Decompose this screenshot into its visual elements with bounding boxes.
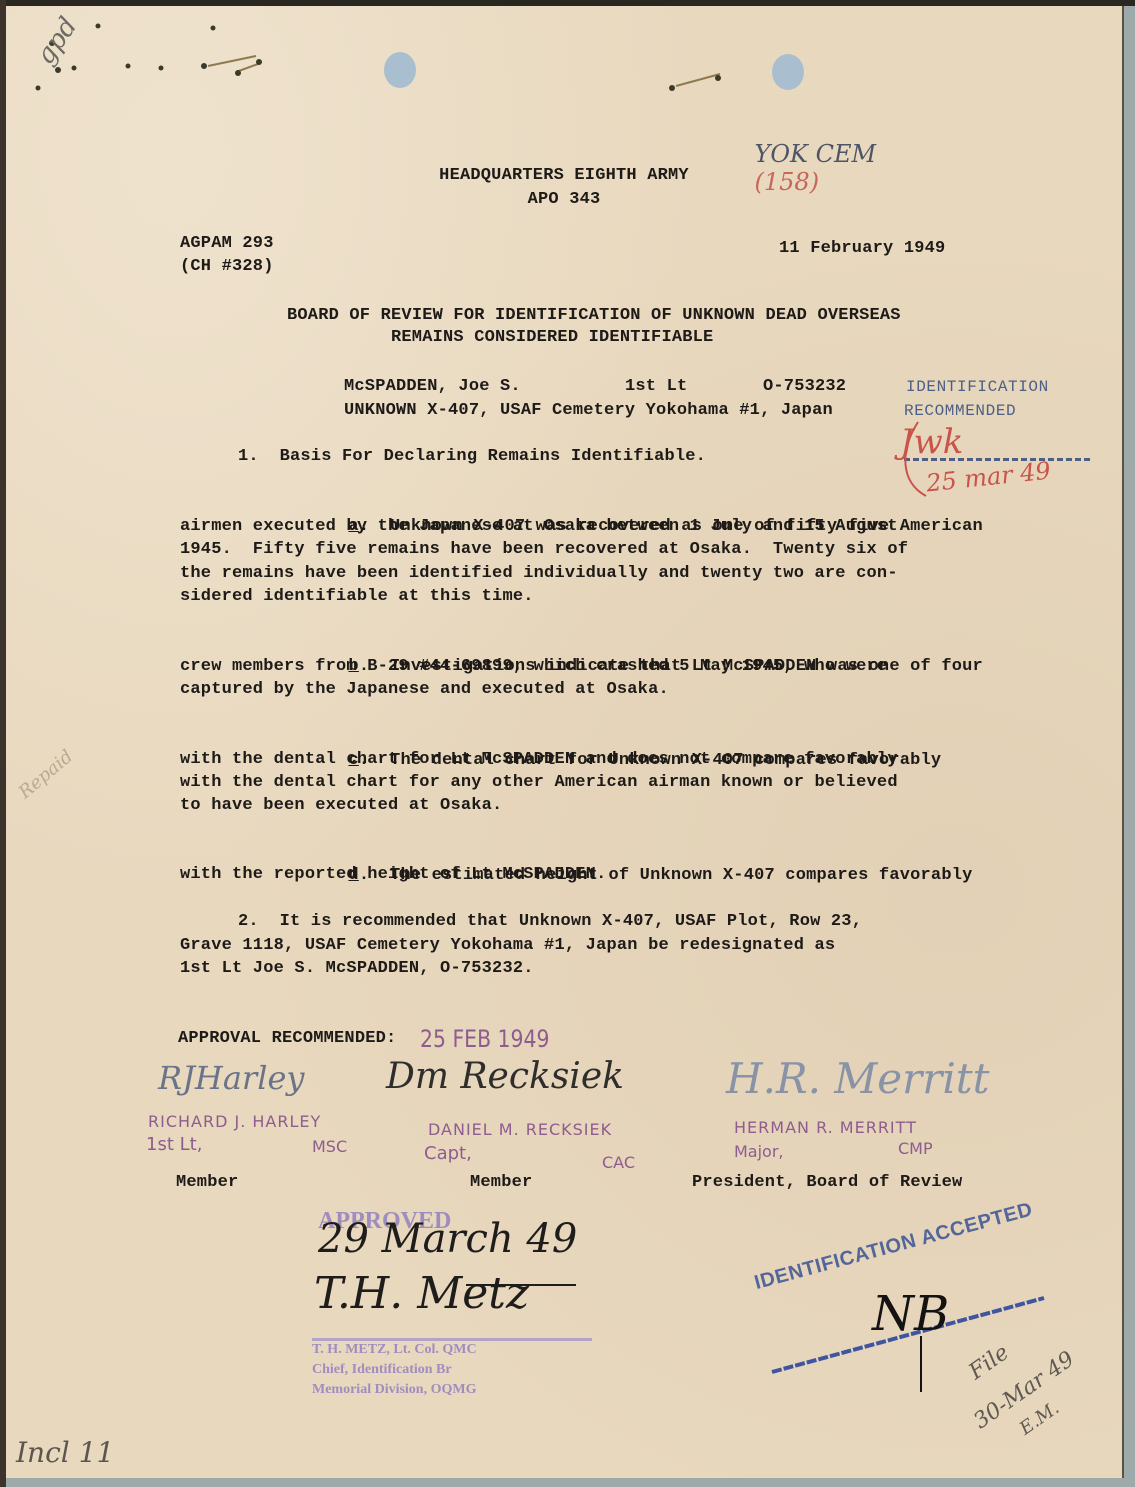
subject-unknown: UNKNOWN X-407, USAF Cemetery Yokohama #1… [344, 399, 833, 423]
section-1-heading: 1. Basis For Declaring Remains Identifia… [238, 445, 706, 469]
signatory-branch: CMP [898, 1139, 933, 1158]
signatory-name: DANIEL M. RECKSIEK [428, 1120, 612, 1139]
signatory-role: Member [470, 1171, 532, 1195]
title-line-1: BOARD OF REVIEW FOR IDENTIFICATION OF UN… [287, 304, 901, 328]
title-line-2: REMAINS CONSIDERED IDENTIFIABLE [391, 326, 713, 350]
signatory-rank: Major, [734, 1142, 784, 1161]
signatory-name: RICHARD J. HARLEY [148, 1112, 321, 1131]
signatory-role: Member [176, 1171, 238, 1195]
approved-signature-metz: T.H. Metz [314, 1268, 529, 1319]
signatory-name: HERMAN R. MERRITT [734, 1118, 917, 1137]
approved-official-line-3: Memorial Division, OQMG [312, 1382, 476, 1398]
approved-official-line-2: Chief, Identification Br [312, 1362, 452, 1378]
subject-serial: O-753232 [763, 375, 846, 399]
header-apo: APO 343 [6, 188, 1122, 212]
signatory-role: President, Board of Review [692, 1171, 962, 1195]
margin-note-left: Repaid [15, 746, 77, 803]
signature-stroke [466, 1284, 576, 1286]
approved-official-line-1: T. H. METZ, Lt. Col. QMC [312, 1342, 477, 1358]
signature-merritt: H.R. Merritt [726, 1054, 990, 1103]
initials-stroke [916, 1336, 926, 1396]
approval-recommended-label: APPROVAL RECOMMENDED: [178, 1027, 396, 1051]
stamp-identification: IDENTIFICATION [906, 378, 1049, 396]
subject-rank: 1st Lt [625, 375, 687, 399]
approved-handwritten-date: 29 March 49 [318, 1216, 577, 1262]
stamp-recommended: RECOMMENDED [904, 402, 1016, 420]
signatory-branch: CAC [602, 1153, 635, 1172]
approval-date-stamp: 25 FEB 1949 [420, 1025, 549, 1053]
approved-stamp-line [312, 1338, 592, 1341]
staple-marks [6, 6, 1122, 146]
signature-recksiek: Dm Recksiek [386, 1056, 624, 1097]
header-org: HEADQUARTERS EIGHTH ARMY [6, 164, 1122, 188]
margin-note-bottom-left: Incl 11 [16, 1436, 114, 1469]
document-page: gpd YOK CEM (158) Repaid Incl 11 HEADQUA… [6, 6, 1124, 1478]
identification-accepted-stamp: IDENTIFICATION ACCEPTED [752, 1198, 1035, 1295]
accepted-initials: NB [872, 1286, 949, 1342]
signatory-branch: MSC [312, 1137, 347, 1156]
signature-harley: RJHarley [158, 1059, 304, 1097]
subject-name: McSPADDEN, Joe S. [344, 375, 521, 399]
signatory-rank: 1st Lt, [146, 1134, 202, 1155]
reference-change: (CH #328) [180, 255, 274, 279]
red-ink-bracket [896, 420, 936, 500]
reference-code: AGPAM 293 [180, 232, 274, 256]
signatory-rank: Capt, [424, 1143, 472, 1164]
document-date: 11 February 1949 [779, 237, 945, 261]
